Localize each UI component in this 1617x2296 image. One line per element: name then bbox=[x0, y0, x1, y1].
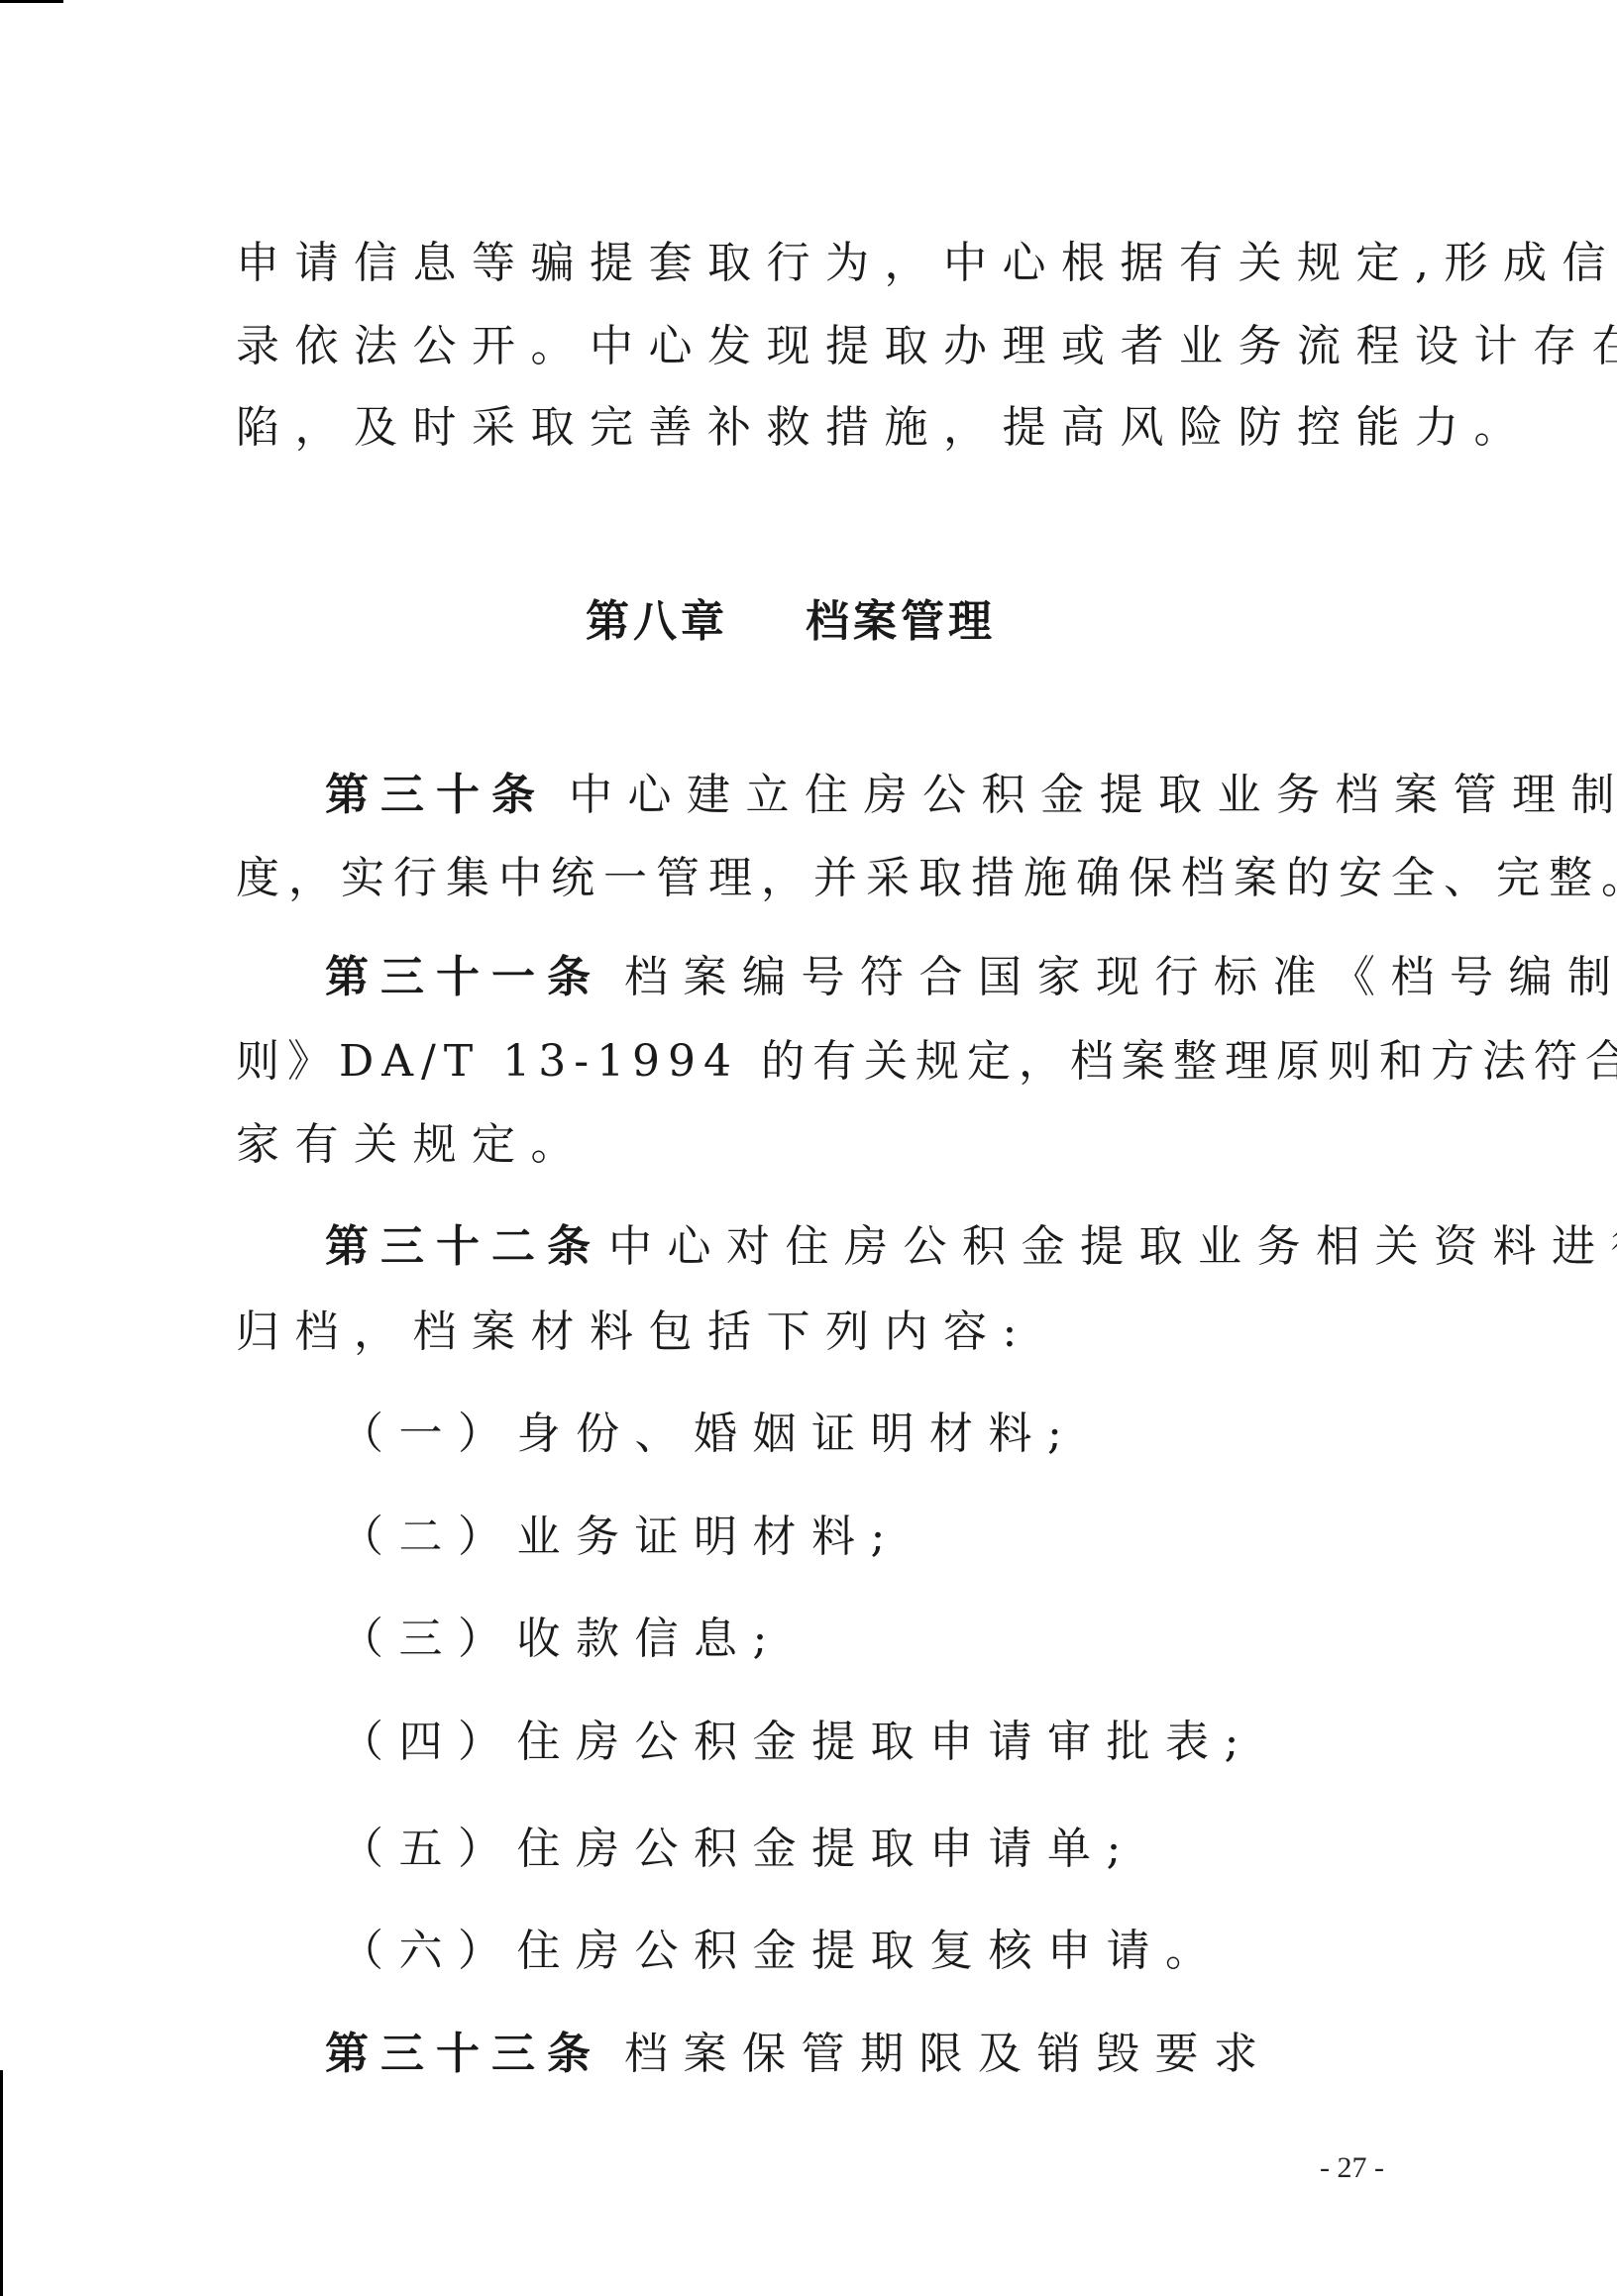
body-text-line: 家有关规定。 bbox=[236, 1115, 1375, 1175]
article-first-line: 第三十条中心建立住房公积金提取业务档案管理制 bbox=[325, 766, 1375, 825]
list-item: （一）身份、婚姻证明材料; bbox=[340, 1405, 1479, 1464]
body-text-line: 则》DA/T 13-1994 的有关规定，档案整理原则和方法符合国 bbox=[236, 1032, 1375, 1092]
scan-edge-top bbox=[0, 0, 63, 3]
article-first-line: 第三十一条档案编号符合国家现行标准《档号编制规 bbox=[325, 948, 1375, 1007]
body-text-line: 录依法公开。中心发现提取办理或者业务流程设计存在缺 bbox=[236, 317, 1375, 376]
page-number: - 27 - bbox=[1320, 2151, 1384, 2185]
body-text-line: 归档，档案材料包括下列内容: bbox=[236, 1303, 1375, 1362]
article-label: 第三十条 bbox=[325, 770, 547, 820]
chapter-title: 档案管理 bbox=[806, 592, 996, 652]
scan-edge-left bbox=[0, 2070, 3, 2296]
chapter-number: 第八章 bbox=[586, 592, 728, 652]
list-item: （二）业务证明材料; bbox=[340, 1508, 1479, 1567]
list-item: （四）住房公积金提取申请审批表; bbox=[340, 1713, 1479, 1772]
body-text-line: 陷，及时采取完善补救措施，提高风险防控能力。 bbox=[236, 398, 1375, 458]
article-label: 第三十二条 bbox=[325, 1221, 602, 1272]
article-first-line: 第三十三条档案保管期限及销毁要求 bbox=[325, 2025, 1375, 2084]
article-text: 中心建立住房公积金提取业务档案管理制 bbox=[569, 770, 1617, 820]
article-first-line: 第三十二条中心对住房公积金提取业务相关资料进行 bbox=[325, 1217, 1375, 1277]
article-label: 第三十一条 bbox=[325, 952, 602, 1002]
list-item: （六）住房公积金提取复核申请。 bbox=[340, 1922, 1479, 1981]
list-item: （五）住房公积金提取申请单; bbox=[340, 1820, 1479, 1879]
body-text-line: 度，实行集中统一管理，并采取措施确保档案的安全、完整。 bbox=[236, 849, 1375, 908]
body-text-line: 申请信息等骗提套取行为，中心根据有关规定,形成信用记 bbox=[236, 234, 1375, 293]
article-text: 档案保管期限及销毁要求 bbox=[624, 2029, 1273, 2079]
article-label: 第三十三条 bbox=[325, 2029, 602, 2079]
article-text: 档案编号符合国家现行标准《档号编制规 bbox=[624, 952, 1617, 1002]
list-item: （三）收款信息; bbox=[340, 1610, 1479, 1669]
article-text: 中心对住房公积金提取业务相关资料进行 bbox=[608, 1221, 1617, 1272]
